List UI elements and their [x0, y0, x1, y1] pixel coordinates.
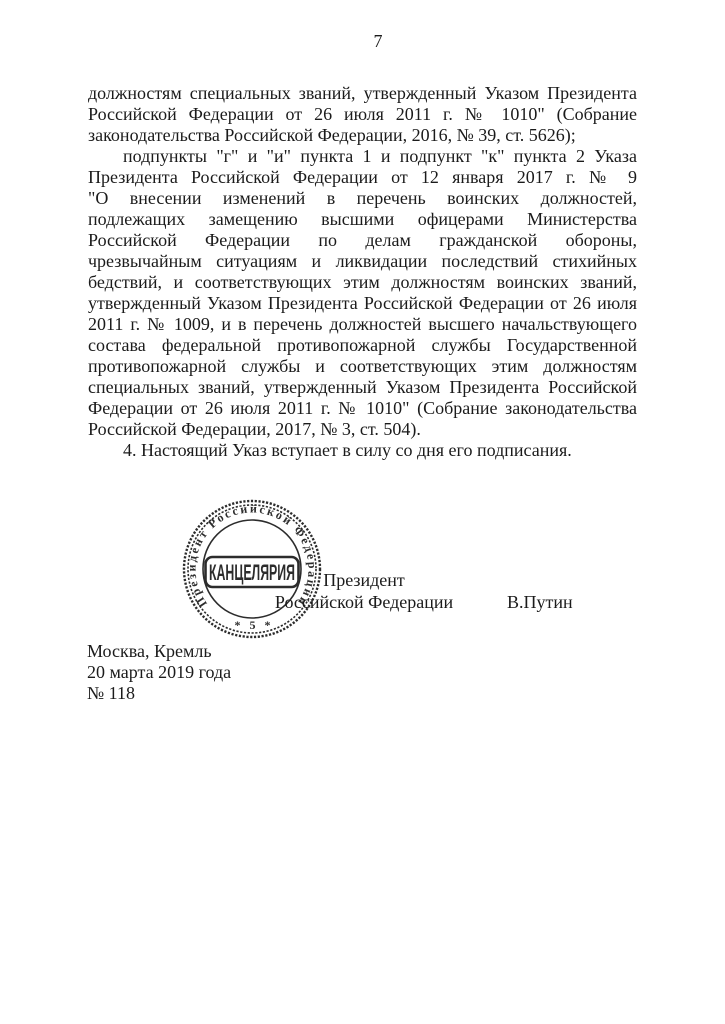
issuance-place: Москва, Кремль	[87, 641, 231, 662]
body-line: Федерации от 26 июля 2011 г. № 1010" (Со…	[88, 398, 637, 419]
decree-body-text: должностям специальных званий, утвержден…	[88, 83, 637, 461]
body-line: Российской Федерации от 26 июля 2011 г. …	[88, 104, 637, 125]
body-line: "О внесении изменений в перечень воински…	[88, 188, 637, 209]
body-line: бедствий, и соответствующих этим должнос…	[88, 272, 637, 293]
body-line: утвержденный Указом Президента Российско…	[88, 293, 637, 314]
body-line: законодательства Российской Федерации, 2…	[88, 125, 637, 146]
body-line: подпункты "г" и "и" пункта 1 и подпункт …	[88, 146, 637, 167]
body-line: состава федеральной противопожарной служ…	[88, 335, 637, 356]
issuance-date: 20 марта 2019 года	[87, 662, 231, 683]
body-line: 2011 г. № 1009, и в перечень должностей …	[88, 314, 637, 335]
chancellery-stamp-icon: Президент Российской Федерации КАНЦЕЛЯРИ…	[182, 499, 322, 639]
body-line: чрезвычайным ситуациям и ликвидации посл…	[88, 251, 637, 272]
page-number: 7	[374, 31, 383, 52]
issuance-block: Москва, Кремль 20 марта 2019 года № 118	[87, 641, 231, 704]
signature-name: В.Путин	[507, 592, 573, 613]
body-line: должностям специальных званий, утвержден…	[88, 83, 637, 104]
stamp-center-text: КАНЦЕЛЯРИЯ	[209, 560, 295, 585]
signature-title-line1: Президент	[323, 570, 405, 591]
issuance-number: № 118	[87, 683, 231, 704]
body-line: Президента Российской Федерации от 12 ян…	[88, 167, 637, 188]
body-line: специальных званий, утвержденный Указом …	[88, 377, 637, 398]
body-line: противопожарной службы и соответствующих…	[88, 356, 637, 377]
body-line: Российской Федерации, 2017, № 3, ст. 504…	[88, 419, 637, 440]
document-page: { "page": { "number": "7" }, "colors": {…	[0, 0, 725, 1024]
stamp-bottom-text: * 5 *	[235, 618, 274, 632]
body-line: 4. Настоящий Указ вступает в силу со дня…	[88, 440, 637, 461]
body-line: Российской Федерации по делам гражданско…	[88, 230, 637, 251]
body-line: подлежащих замещению высшими офицерами М…	[88, 209, 637, 230]
